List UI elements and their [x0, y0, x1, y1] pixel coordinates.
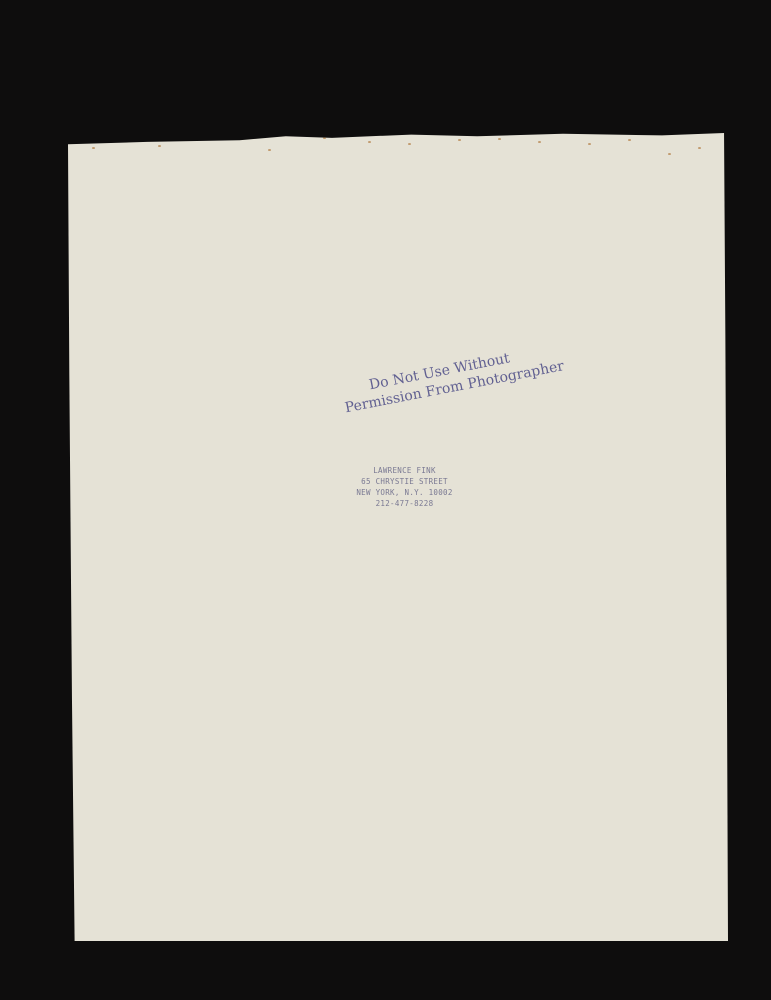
foxing-spot — [628, 139, 631, 141]
foxing-spot — [158, 145, 161, 147]
photographer-address-stamp: LAWRENCE FINK 65 CHRYSTIE STREET NEW YOR… — [352, 465, 457, 509]
photographer-name: LAWRENCE FINK — [352, 465, 457, 476]
foxing-spot — [538, 141, 541, 143]
foxing-spot — [498, 138, 501, 140]
photographer-city: NEW YORK, N.Y. 10002 — [352, 487, 457, 498]
foxing-spot — [458, 139, 461, 141]
foxing-spot — [668, 153, 671, 155]
foxing-spot — [92, 147, 95, 149]
photographer-phone: 212-477-8228 — [352, 498, 457, 509]
foxing-spot — [588, 143, 591, 145]
foxing-spot — [698, 147, 701, 149]
foxing-spot — [408, 143, 411, 145]
photographer-street: 65 CHRYSTIE STREET — [352, 476, 457, 487]
photo-print-back — [68, 133, 728, 941]
foxing-spot — [268, 149, 271, 151]
foxing-spot — [368, 141, 371, 143]
foxing-spot — [323, 137, 326, 139]
